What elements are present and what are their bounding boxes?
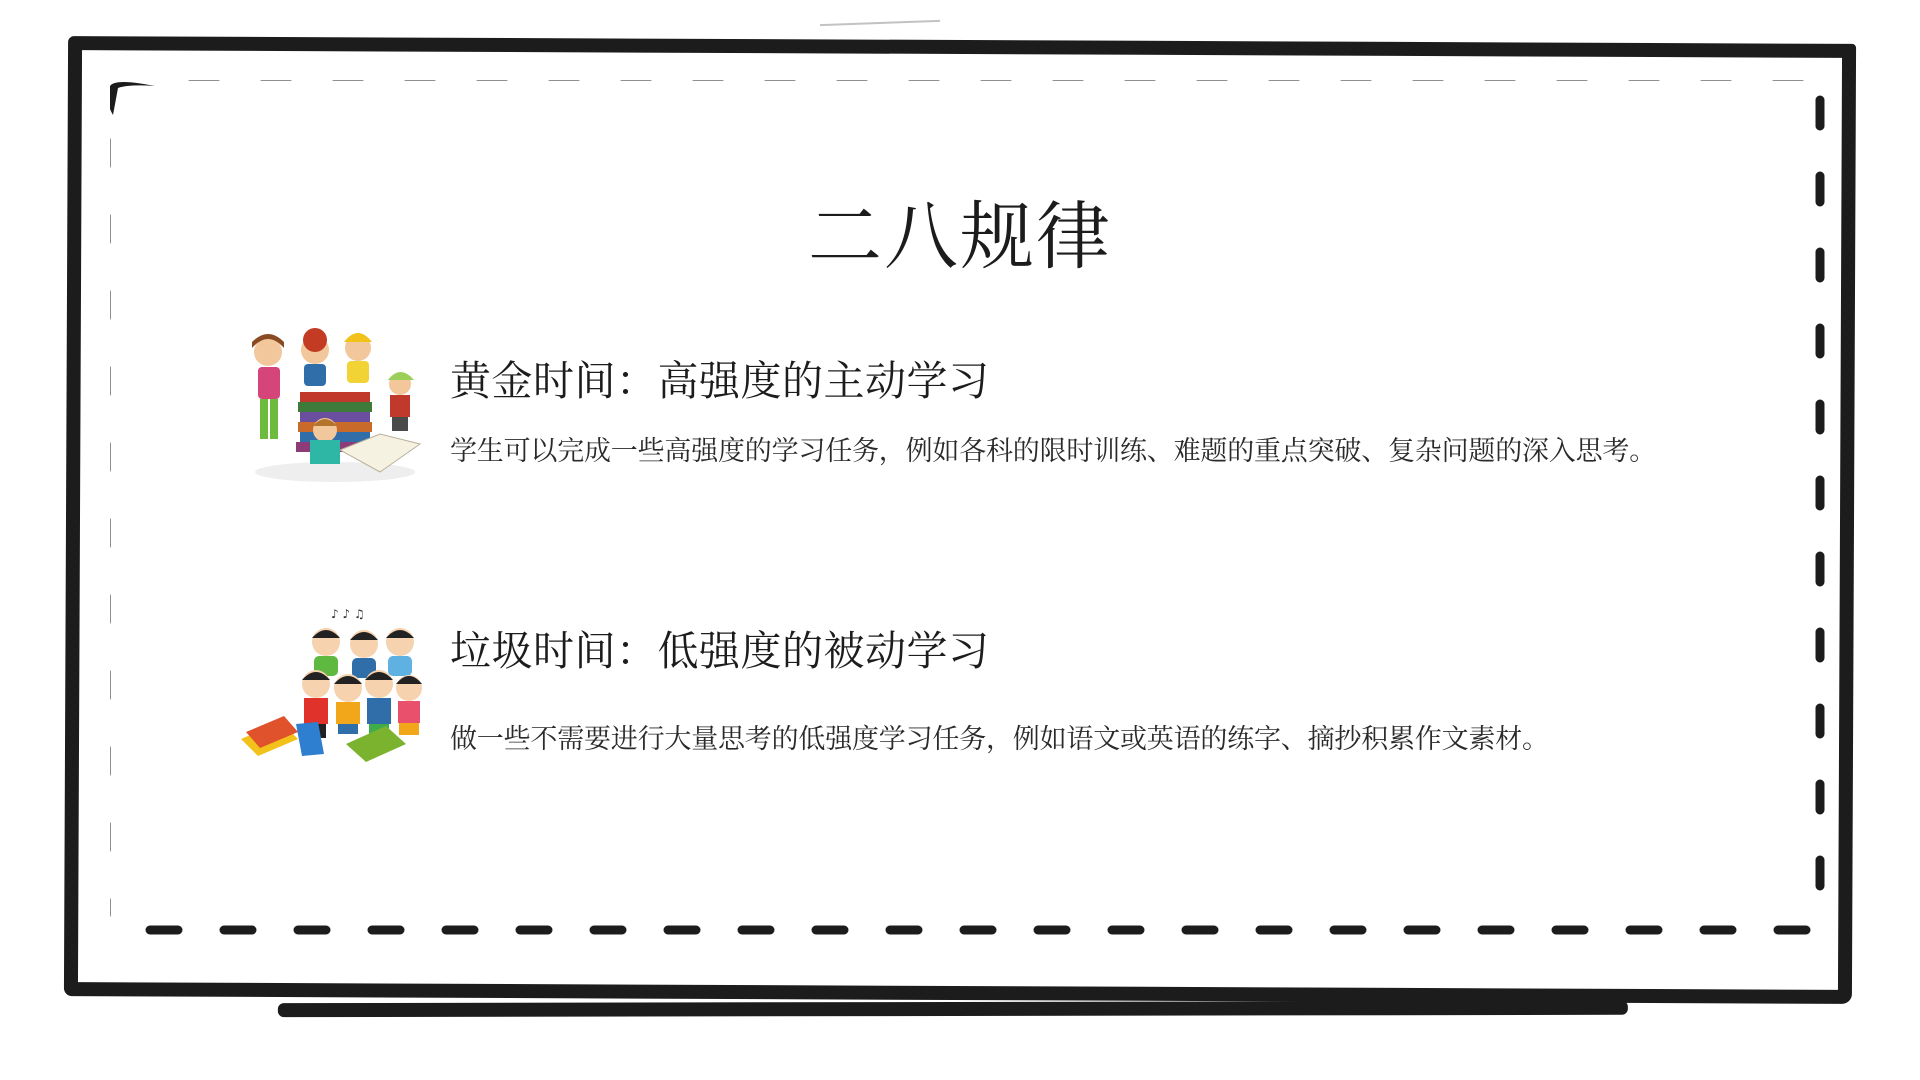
children-singing-choir-illustration: ♪ ♪ ♫ [236,604,436,769]
decorative-stray-line [820,20,940,26]
junk-time-heading: 垃圾时间：低强度的被动学习 [450,618,1549,677]
svg-text:♪ ♪ ♫: ♪ ♪ ♫ [331,607,365,621]
golden-time-description: 学生可以完成一些高强度的学习任务，例如各科的限时训练、难题的重点突破、复杂问题的… [450,429,1656,468]
golden-time-heading: 黄金时间：高强度的主动学习 [450,348,1656,407]
junk-time-section: 垃圾时间：低强度的被动学习 做一些不需要进行大量思考的低强度学习任务，例如语文或… [450,618,1549,756]
slide-title: 二八规律 [0,178,1920,284]
junk-time-description: 做一些不需要进行大量思考的低强度学习任务，例如语文或英语的练字、摘抄积累作文素材… [450,717,1549,756]
children-reading-books-illustration [240,322,425,487]
golden-time-section: 黄金时间：高强度的主动学习 学生可以完成一些高强度的学习任务，例如各科的限时训练… [450,348,1656,468]
